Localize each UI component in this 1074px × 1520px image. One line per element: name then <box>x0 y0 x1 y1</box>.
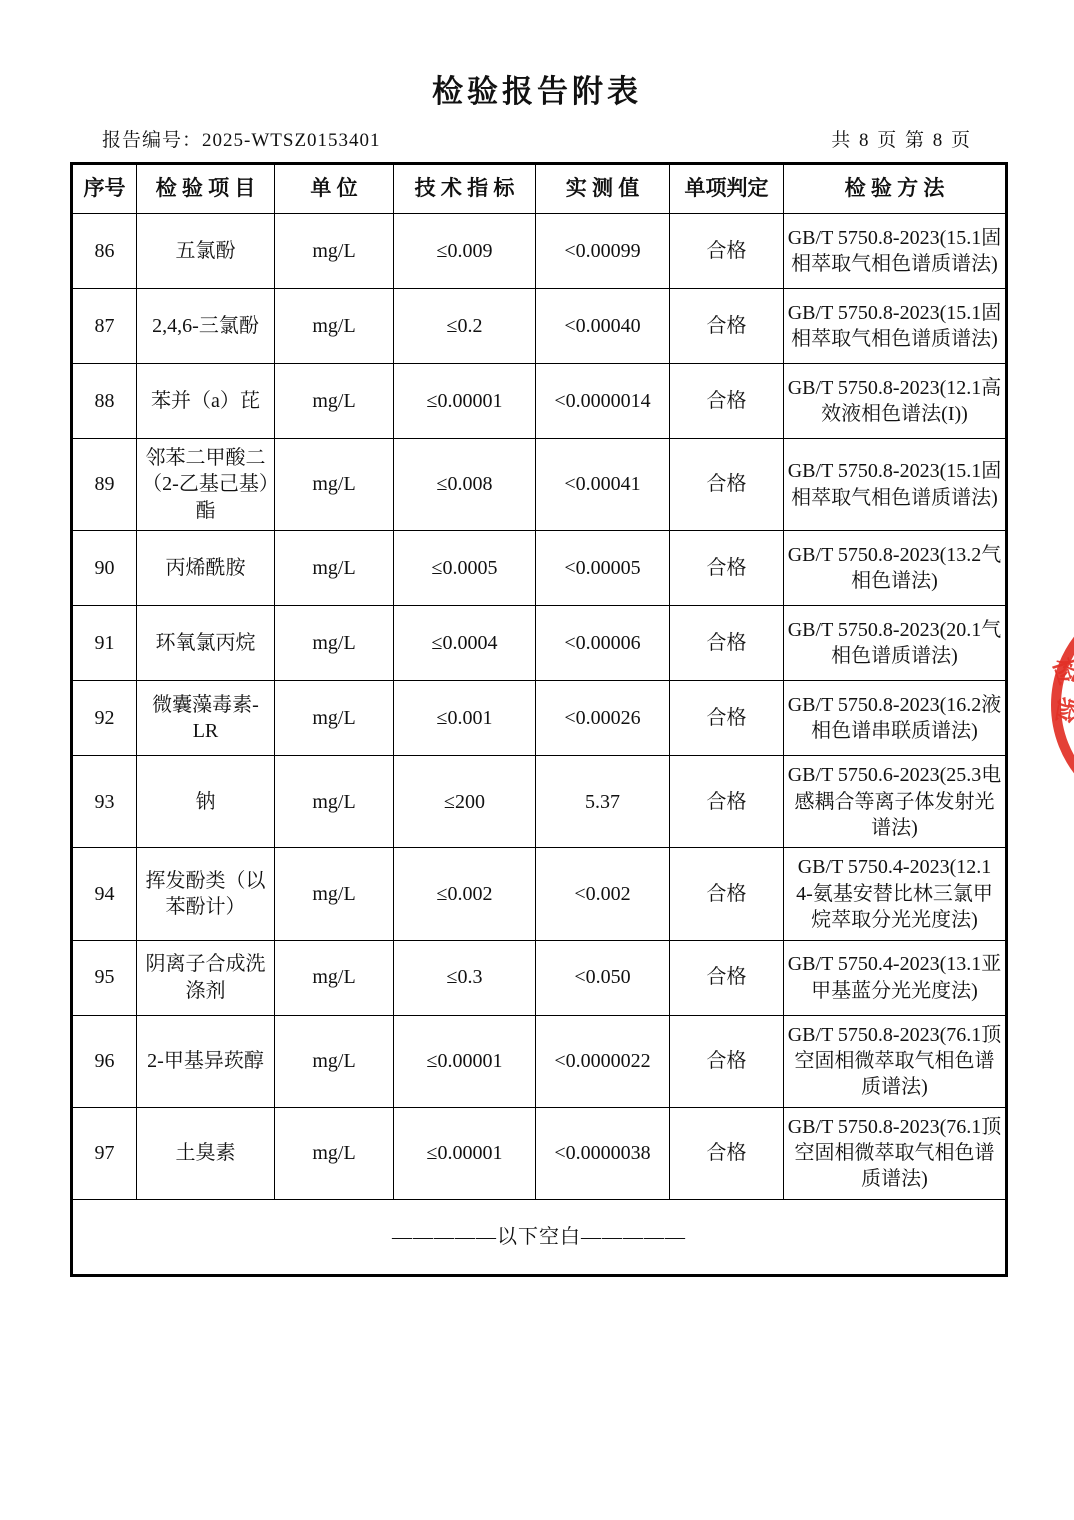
cell-unit: mg/L <box>275 531 394 606</box>
cell-judgement: 合格 <box>670 364 784 439</box>
seal-text-fragment: 检 <box>1045 652 1074 688</box>
cell-test-method: GB/T 5750.8-2023(12.1高效液相色谱法(I)) <box>784 364 1007 439</box>
cell-technical-limit: ≤0.009 <box>394 214 536 289</box>
report-number-value: 2025-WTSZ0153401 <box>202 130 381 151</box>
cell-judgement: 合格 <box>670 606 784 681</box>
header-cell-judgement: 单项判定 <box>670 164 784 214</box>
table-row: 90丙烯酰胺mg/L≤0.0005<0.00005合格GB/T 5750.8-2… <box>72 531 1007 606</box>
cell-judgement: 合格 <box>670 756 784 848</box>
cell-technical-limit: ≤0.00001 <box>394 1107 536 1199</box>
cell-technical-limit: ≤0.3 <box>394 940 536 1015</box>
cell-row-index: 97 <box>72 1107 137 1199</box>
header-cell-limit: 技 术 指 标 <box>394 164 536 214</box>
table-row: 97土臭素mg/L≤0.00001<0.0000038合格GB/T 5750.8… <box>72 1107 1007 1199</box>
cell-measured-value: <0.0000022 <box>536 1015 670 1107</box>
cell-measured-value: <0.00006 <box>536 606 670 681</box>
cell-item-name: 邻苯二甲酸二（2-乙基己基）酯 <box>137 439 275 531</box>
cell-unit: mg/L <box>275 940 394 1015</box>
cell-item-name: 挥发酚类（以苯酚计） <box>137 848 275 940</box>
cell-unit: mg/L <box>275 606 394 681</box>
cell-unit: mg/L <box>275 364 394 439</box>
data-table: 序号 检 验 项 目 单 位 技 术 指 标 实 测 值 单项判定 检 验 方 … <box>70 162 1008 1277</box>
cell-item-name: 钠 <box>137 756 275 848</box>
table-row: 95阴离子合成洗涤剂mg/L≤0.3<0.050合格GB/T 5750.4-20… <box>72 940 1007 1015</box>
cell-item-name: 微囊藻毒素-LR <box>137 681 275 756</box>
cell-test-method: GB/T 5750.8-2023(20.1气相色谱质谱法) <box>784 606 1007 681</box>
cell-technical-limit: ≤0.002 <box>394 848 536 940</box>
cell-test-method: GB/T 5750.8-2023(15.1固相萃取气相色谱质谱法) <box>784 289 1007 364</box>
cell-measured-value: 5.37 <box>536 756 670 848</box>
cell-measured-value: <0.00040 <box>536 289 670 364</box>
cell-row-index: 87 <box>72 289 137 364</box>
cell-unit: mg/L <box>275 439 394 531</box>
cell-item-name: 土臭素 <box>137 1107 275 1199</box>
cell-judgement: 合格 <box>670 289 784 364</box>
cell-technical-limit: ≤0.2 <box>394 289 536 364</box>
cell-row-index: 94 <box>72 848 137 940</box>
cell-item-name: 阴离子合成洗涤剂 <box>137 940 275 1015</box>
cell-measured-value: <0.0000038 <box>536 1107 670 1199</box>
table-row: 872,4,6-三氯酚mg/L≤0.2<0.00040合格GB/T 5750.8… <box>72 289 1007 364</box>
cell-row-index: 89 <box>72 439 137 531</box>
cell-test-method: GB/T 5750.4-2023(12.1 4-氨基安替比林三氯甲烷萃取分光光度… <box>784 848 1007 940</box>
table-row: 91环氧氯丙烷mg/L≤0.0004<0.00006合格GB/T 5750.8-… <box>72 606 1007 681</box>
cell-item-name: 苯并（a）芘 <box>137 364 275 439</box>
cell-item-name: 2-甲基异莰醇 <box>137 1015 275 1107</box>
cell-judgement: 合格 <box>670 848 784 940</box>
cell-unit: mg/L <box>275 214 394 289</box>
table-row: 962-甲基异莰醇mg/L≤0.00001<0.0000022合格GB/T 57… <box>72 1015 1007 1107</box>
cell-test-method: GB/T 5750.8-2023(15.1固相萃取气相色谱质谱法) <box>784 214 1007 289</box>
cell-test-method: GB/T 5750.8-2023(16.2液相色谱串联质谱法) <box>784 681 1007 756</box>
cell-unit: mg/L <box>275 289 394 364</box>
cell-row-index: 90 <box>72 531 137 606</box>
table-body: 86五氯酚mg/L≤0.009<0.00099合格GB/T 5750.8-202… <box>72 214 1007 1200</box>
below-blank-note: —————以下空白————— <box>72 1199 1007 1275</box>
cell-item-name: 2,4,6-三氯酚 <box>137 289 275 364</box>
cell-technical-limit: ≤0.008 <box>394 439 536 531</box>
table-row: 86五氯酚mg/L≤0.009<0.00099合格GB/T 5750.8-202… <box>72 214 1007 289</box>
cell-unit: mg/L <box>275 681 394 756</box>
report-number: 报告编号：2025-WTSZ0153401 <box>102 125 381 152</box>
header-cell-measured: 实 测 值 <box>536 164 670 214</box>
cell-test-method: GB/T 5750.8-2023(13.2气相色谱法) <box>784 531 1007 606</box>
cell-row-index: 96 <box>72 1015 137 1107</box>
cell-row-index: 88 <box>72 364 137 439</box>
cell-technical-limit: ≤0.00001 <box>394 1015 536 1107</box>
cell-row-index: 93 <box>72 756 137 848</box>
cell-measured-value: <0.00041 <box>536 439 670 531</box>
cell-test-method: GB/T 5750.8-2023(76.1顶空固相微萃取气相色谱质谱法) <box>784 1107 1007 1199</box>
cell-row-index: 95 <box>72 940 137 1015</box>
cell-item-name: 环氧氯丙烷 <box>137 606 275 681</box>
official-seal-fragment-icon <box>1051 592 1074 818</box>
header-cell-unit: 单 位 <box>275 164 394 214</box>
cell-item-name: 丙烯酰胺 <box>137 531 275 606</box>
cell-measured-value: <0.00005 <box>536 531 670 606</box>
cell-technical-limit: ≤0.0005 <box>394 531 536 606</box>
cell-row-index: 91 <box>72 606 137 681</box>
cell-technical-limit: ≤200 <box>394 756 536 848</box>
cell-unit: mg/L <box>275 1015 394 1107</box>
cell-judgement: 合格 <box>670 439 784 531</box>
cell-test-method: GB/T 5750.6-2023(25.3电感耦合等离子体发射光谱法) <box>784 756 1007 848</box>
cell-measured-value: <0.002 <box>536 848 670 940</box>
cell-row-index: 92 <box>72 681 137 756</box>
cell-test-method: GB/T 5750.4-2023(13.1亚甲基蓝分光光度法) <box>784 940 1007 1015</box>
cell-unit: mg/L <box>275 756 394 848</box>
header-row: 序号 检 验 项 目 单 位 技 术 指 标 实 测 值 单项判定 检 验 方 … <box>72 164 1007 214</box>
seal-text-fragment: 验 <box>1049 694 1074 726</box>
cell-item-name: 五氯酚 <box>137 214 275 289</box>
cell-test-method: GB/T 5750.8-2023(76.1顶空固相微萃取气相色谱质谱法) <box>784 1015 1007 1107</box>
cell-measured-value: <0.00026 <box>536 681 670 756</box>
cell-judgement: 合格 <box>670 214 784 289</box>
cell-judgement: 合格 <box>670 1015 784 1107</box>
cell-judgement: 合格 <box>670 681 784 756</box>
table-row: 93钠mg/L≤2005.37合格GB/T 5750.6-2023(25.3电感… <box>72 756 1007 848</box>
table-row: 94挥发酚类（以苯酚计）mg/L≤0.002<0.002合格GB/T 5750.… <box>72 848 1007 940</box>
cell-unit: mg/L <box>275 848 394 940</box>
table-row: 89邻苯二甲酸二（2-乙基己基）酯mg/L≤0.008<0.00041合格GB/… <box>72 439 1007 531</box>
table-row: 92微囊藻毒素-LRmg/L≤0.001<0.00026合格GB/T 5750.… <box>72 681 1007 756</box>
cell-technical-limit: ≤0.001 <box>394 681 536 756</box>
cell-judgement: 合格 <box>670 531 784 606</box>
page-title: 检验报告附表 <box>0 66 1074 111</box>
cell-judgement: 合格 <box>670 1107 784 1199</box>
report-meta: 报告编号：2025-WTSZ0153401 共 8 页 第 8 页 <box>102 125 972 152</box>
cell-judgement: 合格 <box>670 940 784 1015</box>
cell-technical-limit: ≤0.00001 <box>394 364 536 439</box>
cell-row-index: 86 <box>72 214 137 289</box>
footer-row: —————以下空白————— <box>72 1199 1007 1275</box>
header-cell-method: 检 验 方 法 <box>784 164 1007 214</box>
report-number-label: 报告编号： <box>102 130 202 151</box>
cell-test-method: GB/T 5750.8-2023(15.1固相萃取气相色谱质谱法) <box>784 439 1007 531</box>
table-row: 88苯并（a）芘mg/L≤0.00001<0.0000014合格GB/T 575… <box>72 364 1007 439</box>
pagination: 共 8 页 第 8 页 <box>831 125 972 152</box>
cell-measured-value: <0.0000014 <box>536 364 670 439</box>
cell-measured-value: <0.00099 <box>536 214 670 289</box>
cell-unit: mg/L <box>275 1107 394 1199</box>
header-cell-item: 检 验 项 目 <box>137 164 275 214</box>
cell-technical-limit: ≤0.0004 <box>394 606 536 681</box>
header-cell-no: 序号 <box>72 164 137 214</box>
cell-measured-value: <0.050 <box>536 940 670 1015</box>
